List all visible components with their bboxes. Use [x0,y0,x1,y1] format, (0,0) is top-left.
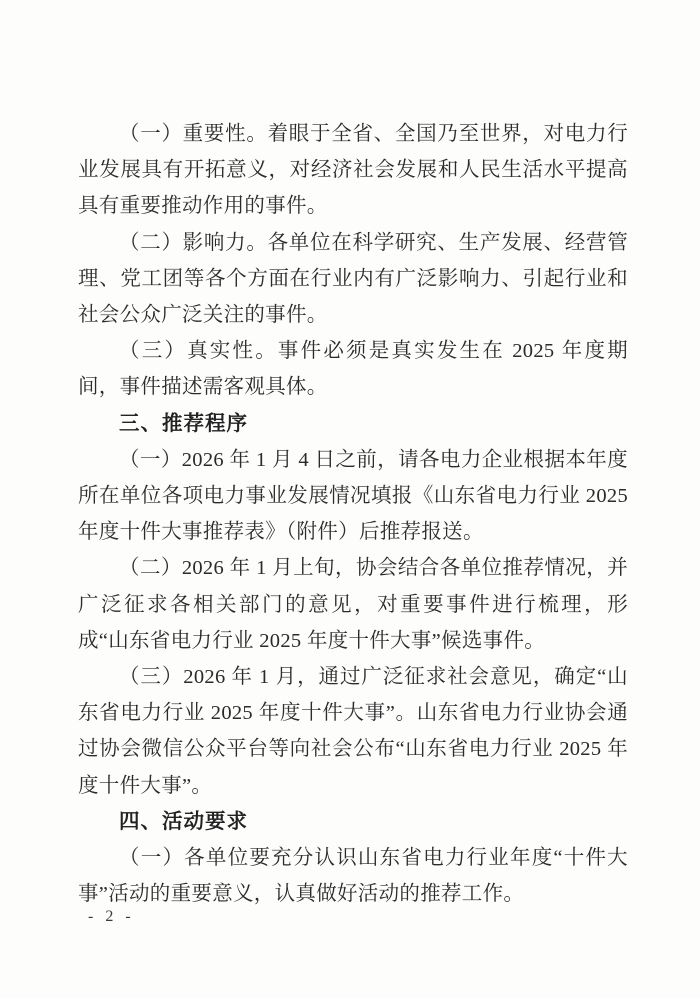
paragraph-criterion-importance: （一）重要性。着眼于全省、全国乃至世界，对电力行业发展具有开拓意义，对经济社会发… [78,116,628,225]
paragraph-criterion-influence: （二）影响力。各单位在科学研究、生产发展、经营管理、党工团等各个方面在行业内有广… [78,225,628,334]
document-body: （一）重要性。着眼于全省、全国乃至世界，对电力行业发展具有开拓意义，对经济社会发… [78,116,628,912]
page-number: - 2 - [88,908,135,926]
paragraph-criterion-authenticity: （三）真实性。事件必须是真实发生在 2025 年度期间，事件描述需客观具体。 [78,333,628,405]
paragraph-procedure-step-3: （三）2026 年 1 月，通过广泛征求社会意见，确定“山东省电力行业 2025… [78,659,628,804]
section-heading-activity-requirements: 四、活动要求 [78,804,628,840]
paragraph-requirement-1: （一）各单位要充分认识山东省电力行业年度“十件大事”活动的重要意义，认真做好活动… [78,840,628,912]
section-heading-recommendation-procedure: 三、推荐程序 [78,406,628,442]
document-page: （一）重要性。着眼于全省、全国乃至世界，对电力行业发展具有开拓意义，对经济社会发… [0,0,700,998]
paragraph-procedure-step-1: （一）2026 年 1 月 4 日之前，请各电力企业根据本年度所在单位各项电力事… [78,442,628,551]
paragraph-procedure-step-2: （二）2026 年 1 月上旬，协会结合各单位推荐情况，并广泛征求各相关部门的意… [78,550,628,659]
